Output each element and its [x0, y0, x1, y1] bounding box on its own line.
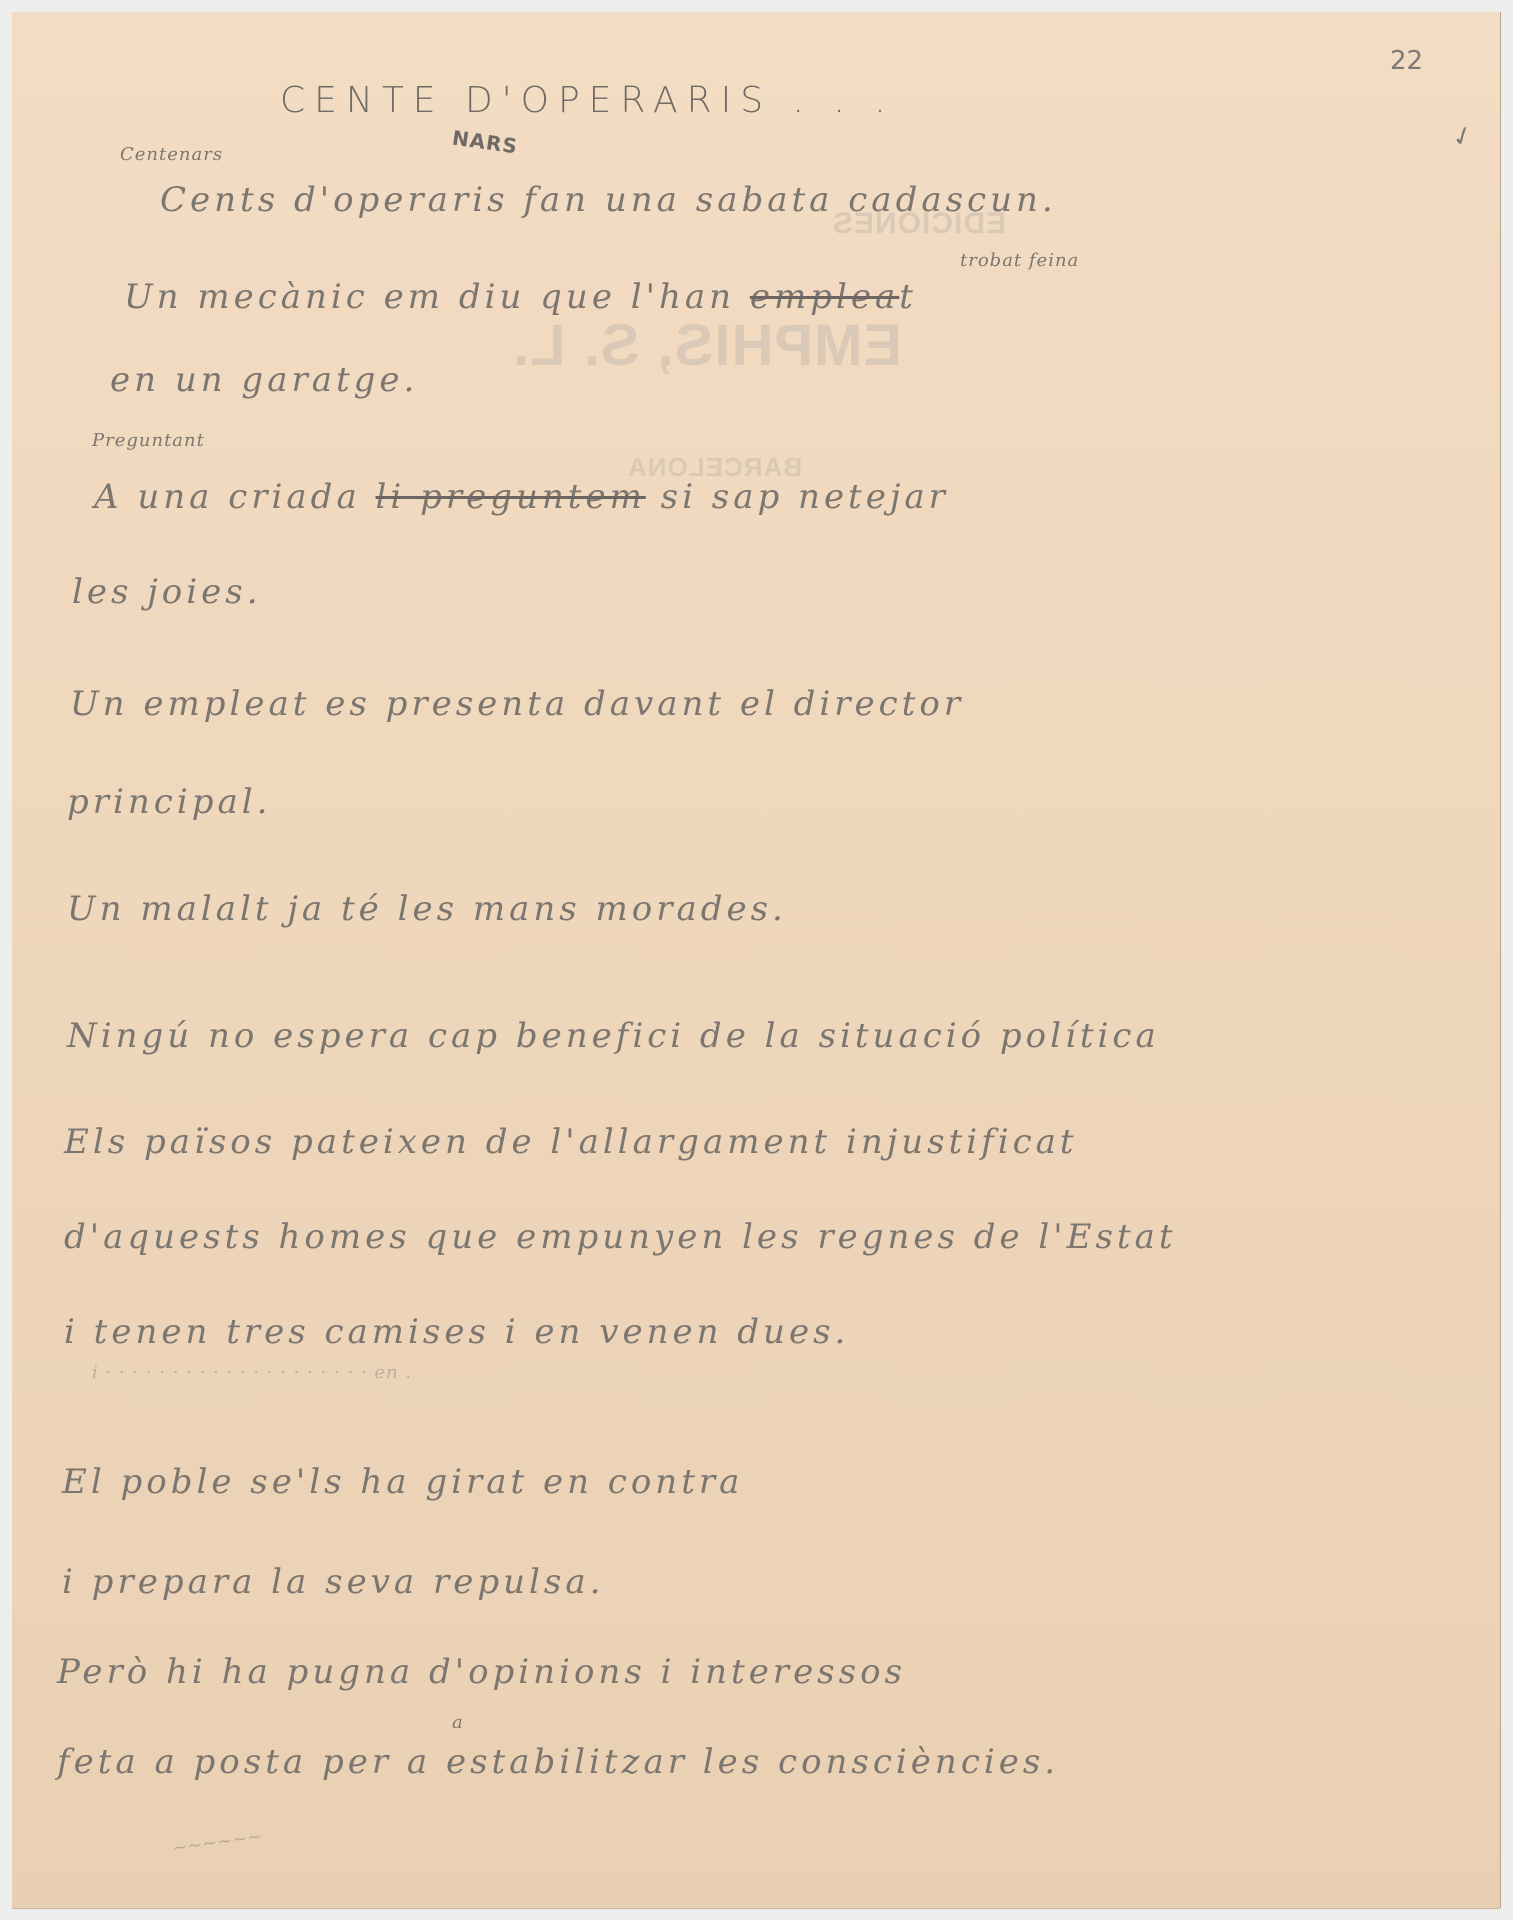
margin-note: Centenars	[120, 144, 223, 165]
text-line: Un empleat es presenta davant el directo…	[70, 684, 964, 724]
text-line: A una criada li preguntem si sap netejar	[94, 477, 949, 517]
text-line: d'aquests homes que empunyen les regnes …	[64, 1217, 1177, 1257]
text-line: Cents d'operaris fan una sabata cadascun…	[160, 180, 1057, 220]
text-segment: Un mecànic em diu que l'han	[124, 277, 750, 317]
text-line: i tenen tres camises i en venen dues.	[64, 1312, 849, 1352]
struck-text: emplea	[750, 277, 899, 317]
check-mark-icon: ✓	[1448, 119, 1479, 155]
text-line: i prepara la seva repulsa.	[62, 1562, 604, 1602]
margin-note: Preguntant	[92, 430, 205, 451]
page-number: 22	[1390, 46, 1423, 76]
text-segment: t	[899, 277, 917, 317]
letterhead-emphis: EMPHIS, S. L.	[512, 312, 902, 379]
text-line: en un garatge.	[110, 360, 418, 400]
text-segment: A una criada	[94, 477, 376, 517]
insertion-note: trobat feina	[960, 250, 1079, 271]
text-line: Un mecànic em diu que l'han empleat	[124, 277, 917, 317]
document-page: · · · · · · · · · · · · · · · · · · · · …	[12, 12, 1500, 1908]
struck-text: li preguntem	[376, 477, 646, 517]
faint-bleedthrough-line: i · · · · · · · · · · · · · · · · · · · …	[92, 1362, 412, 1383]
text-line: El poble se'ls ha girat en contra	[62, 1462, 743, 1502]
page-title: CENTE D'OPERARIS . . .	[280, 80, 895, 121]
text-line: Ningú no espera cap benefici de la situa…	[67, 1016, 1160, 1056]
letterhead-small-line-2: · · · · · · · ·	[282, 152, 362, 168]
text-line: feta a posta per a estabilitzar les cons…	[57, 1742, 1059, 1782]
text-line: principal.	[67, 782, 271, 822]
text-line: Els països pateixen de l'allargament inj…	[64, 1122, 1078, 1162]
footer-scrawl: ~~~~~~	[171, 1826, 264, 1859]
letterhead-small-line-1: · · · · · · · · ·	[282, 127, 372, 143]
text-line: Un malalt ja té les mans morades.	[67, 889, 787, 929]
title-correction: NARS	[451, 126, 520, 159]
insertion-note: a	[452, 1712, 464, 1733]
text-line: Però hi ha pugna d'opinions i interessos	[57, 1652, 906, 1692]
text-line: les joies.	[72, 572, 262, 612]
text-segment: si sap netejar	[646, 477, 949, 517]
